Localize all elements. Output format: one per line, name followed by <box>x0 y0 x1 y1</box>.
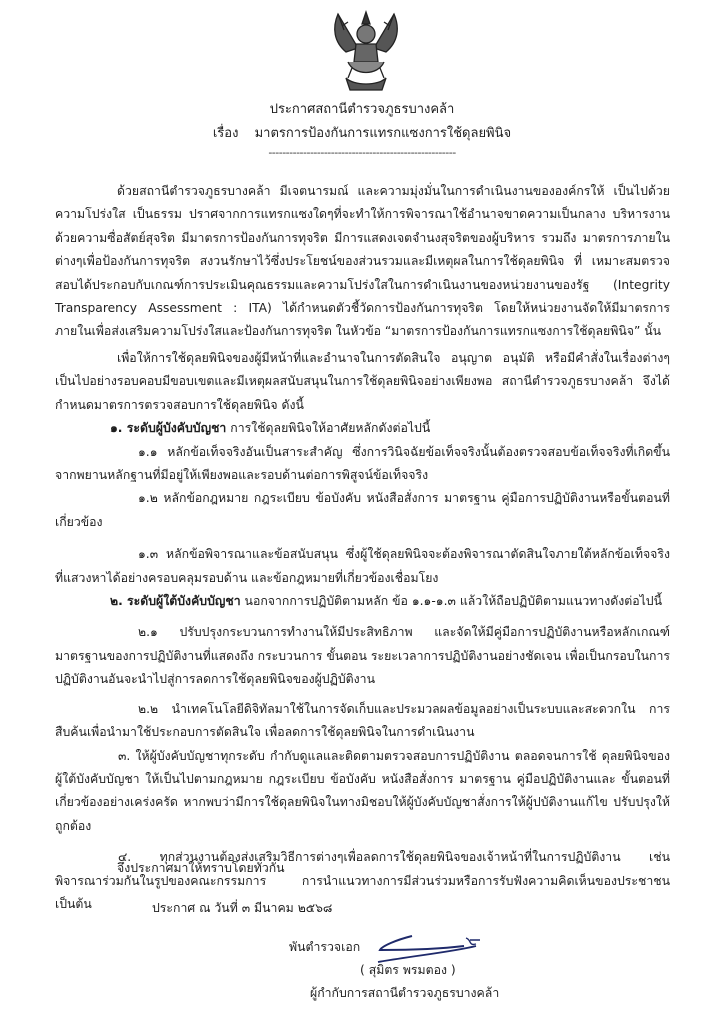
signer-position: ผู้กำกับการสถานีตำรวจภูธรบางคล้า <box>310 983 499 1003</box>
section-1-item-1: ๑.๑ หลักข้อเท็จจริงอันเป็นสาระสำคัญ ซึ่ง… <box>55 441 670 488</box>
announcement-page: ประกาศสถานีตำรวจภูธรบางคล้า เรื่อง มาตรก… <box>0 0 724 1024</box>
section-1-lead: การใช้ดุลยพินิจให้อาศัยหลักดังต่อไปนี้ <box>226 421 430 435</box>
section-1-item-3: ๑.๓ หลักข้อพิจารณาและข้อสนับสนุน ซึ่งผู้… <box>55 543 670 590</box>
section-2-item-2: ๒.๒ นำเทคโนโลยีดิจิทัลมาใช้ในการจัดเก็บแ… <box>55 698 670 745</box>
intro-text: ด้วยสถานีตำรวจภูธรบางคล้า มีเจตนารมณ์ แล… <box>55 180 670 344</box>
closing-statement: จึงประกาศมาให้ทราบโดยทั่วกัน <box>117 858 285 878</box>
section-1-item-2: ๑.๒ หลักข้อกฎหมาย กฎระเบียบ ข้อบังคับ หน… <box>55 487 670 534</box>
item-4: ๔. ทุกส่วนงานต้องส่งเสริมวิธีการต่างๆเพื… <box>55 846 670 916</box>
subject-text: มาตรการป้องกันการแทรกแซงการใช้ดุลยพินิจ <box>255 126 512 141</box>
section-1-heading: ๑. ระดับผู้บังคับบัญชา การใช้ดุลยพินิจให… <box>55 417 670 440</box>
signer-rank: พันตำรวจเอก <box>289 937 360 957</box>
item-3: ๓. ให้ผู้บังคับบัญชาทุกระดับ กำกับดูแลแล… <box>55 745 670 839</box>
section-2-title: ๒. ระดับผู้ใต้บังคับบัญชา <box>110 594 241 608</box>
divider-rule: ----------------------------------------… <box>0 147 724 159</box>
garuda-emblem-icon <box>318 4 414 96</box>
signer-name: ( สุมิตร พรมตอง ) <box>360 960 456 980</box>
subject-label: เรื่อง <box>213 126 239 141</box>
announcement-subject: เรื่อง มาตรการป้องกันการแทรกแซงการใช้ดุล… <box>0 124 724 144</box>
announcement-date: ประกาศ ณ วันที่ ๓ มีนาคม ๒๕๖๘ <box>152 898 332 918</box>
purpose-paragraph: เพื่อให้การใช้ดุลยพินิจของผู้มีหน้าที่แล… <box>55 347 670 417</box>
announcement-title: ประกาศสถานีตำรวจภูธรบางคล้า <box>0 100 724 120</box>
section-2-item-1: ๒.๑ ปรับปรุงกระบวนการทำงานให้มีประสิทธิภ… <box>55 621 670 691</box>
section-1-title: ๑. ระดับผู้บังคับบัญชา <box>110 421 226 435</box>
main-content: เพื่อให้การใช้ดุลยพินิจของผู้มีหน้าที่แล… <box>55 347 670 916</box>
section-2-heading: ๒. ระดับผู้ใต้บังคับบัญชา นอกจากการปฏิบั… <box>55 590 670 613</box>
section-2-lead: นอกจากการปฏิบัติตามหลัก ข้อ ๑.๑-๑.๓ แล้ว… <box>241 594 662 608</box>
intro-paragraph: ด้วยสถานีตำรวจภูธรบางคล้า มีเจตนารมณ์ แล… <box>55 180 670 344</box>
